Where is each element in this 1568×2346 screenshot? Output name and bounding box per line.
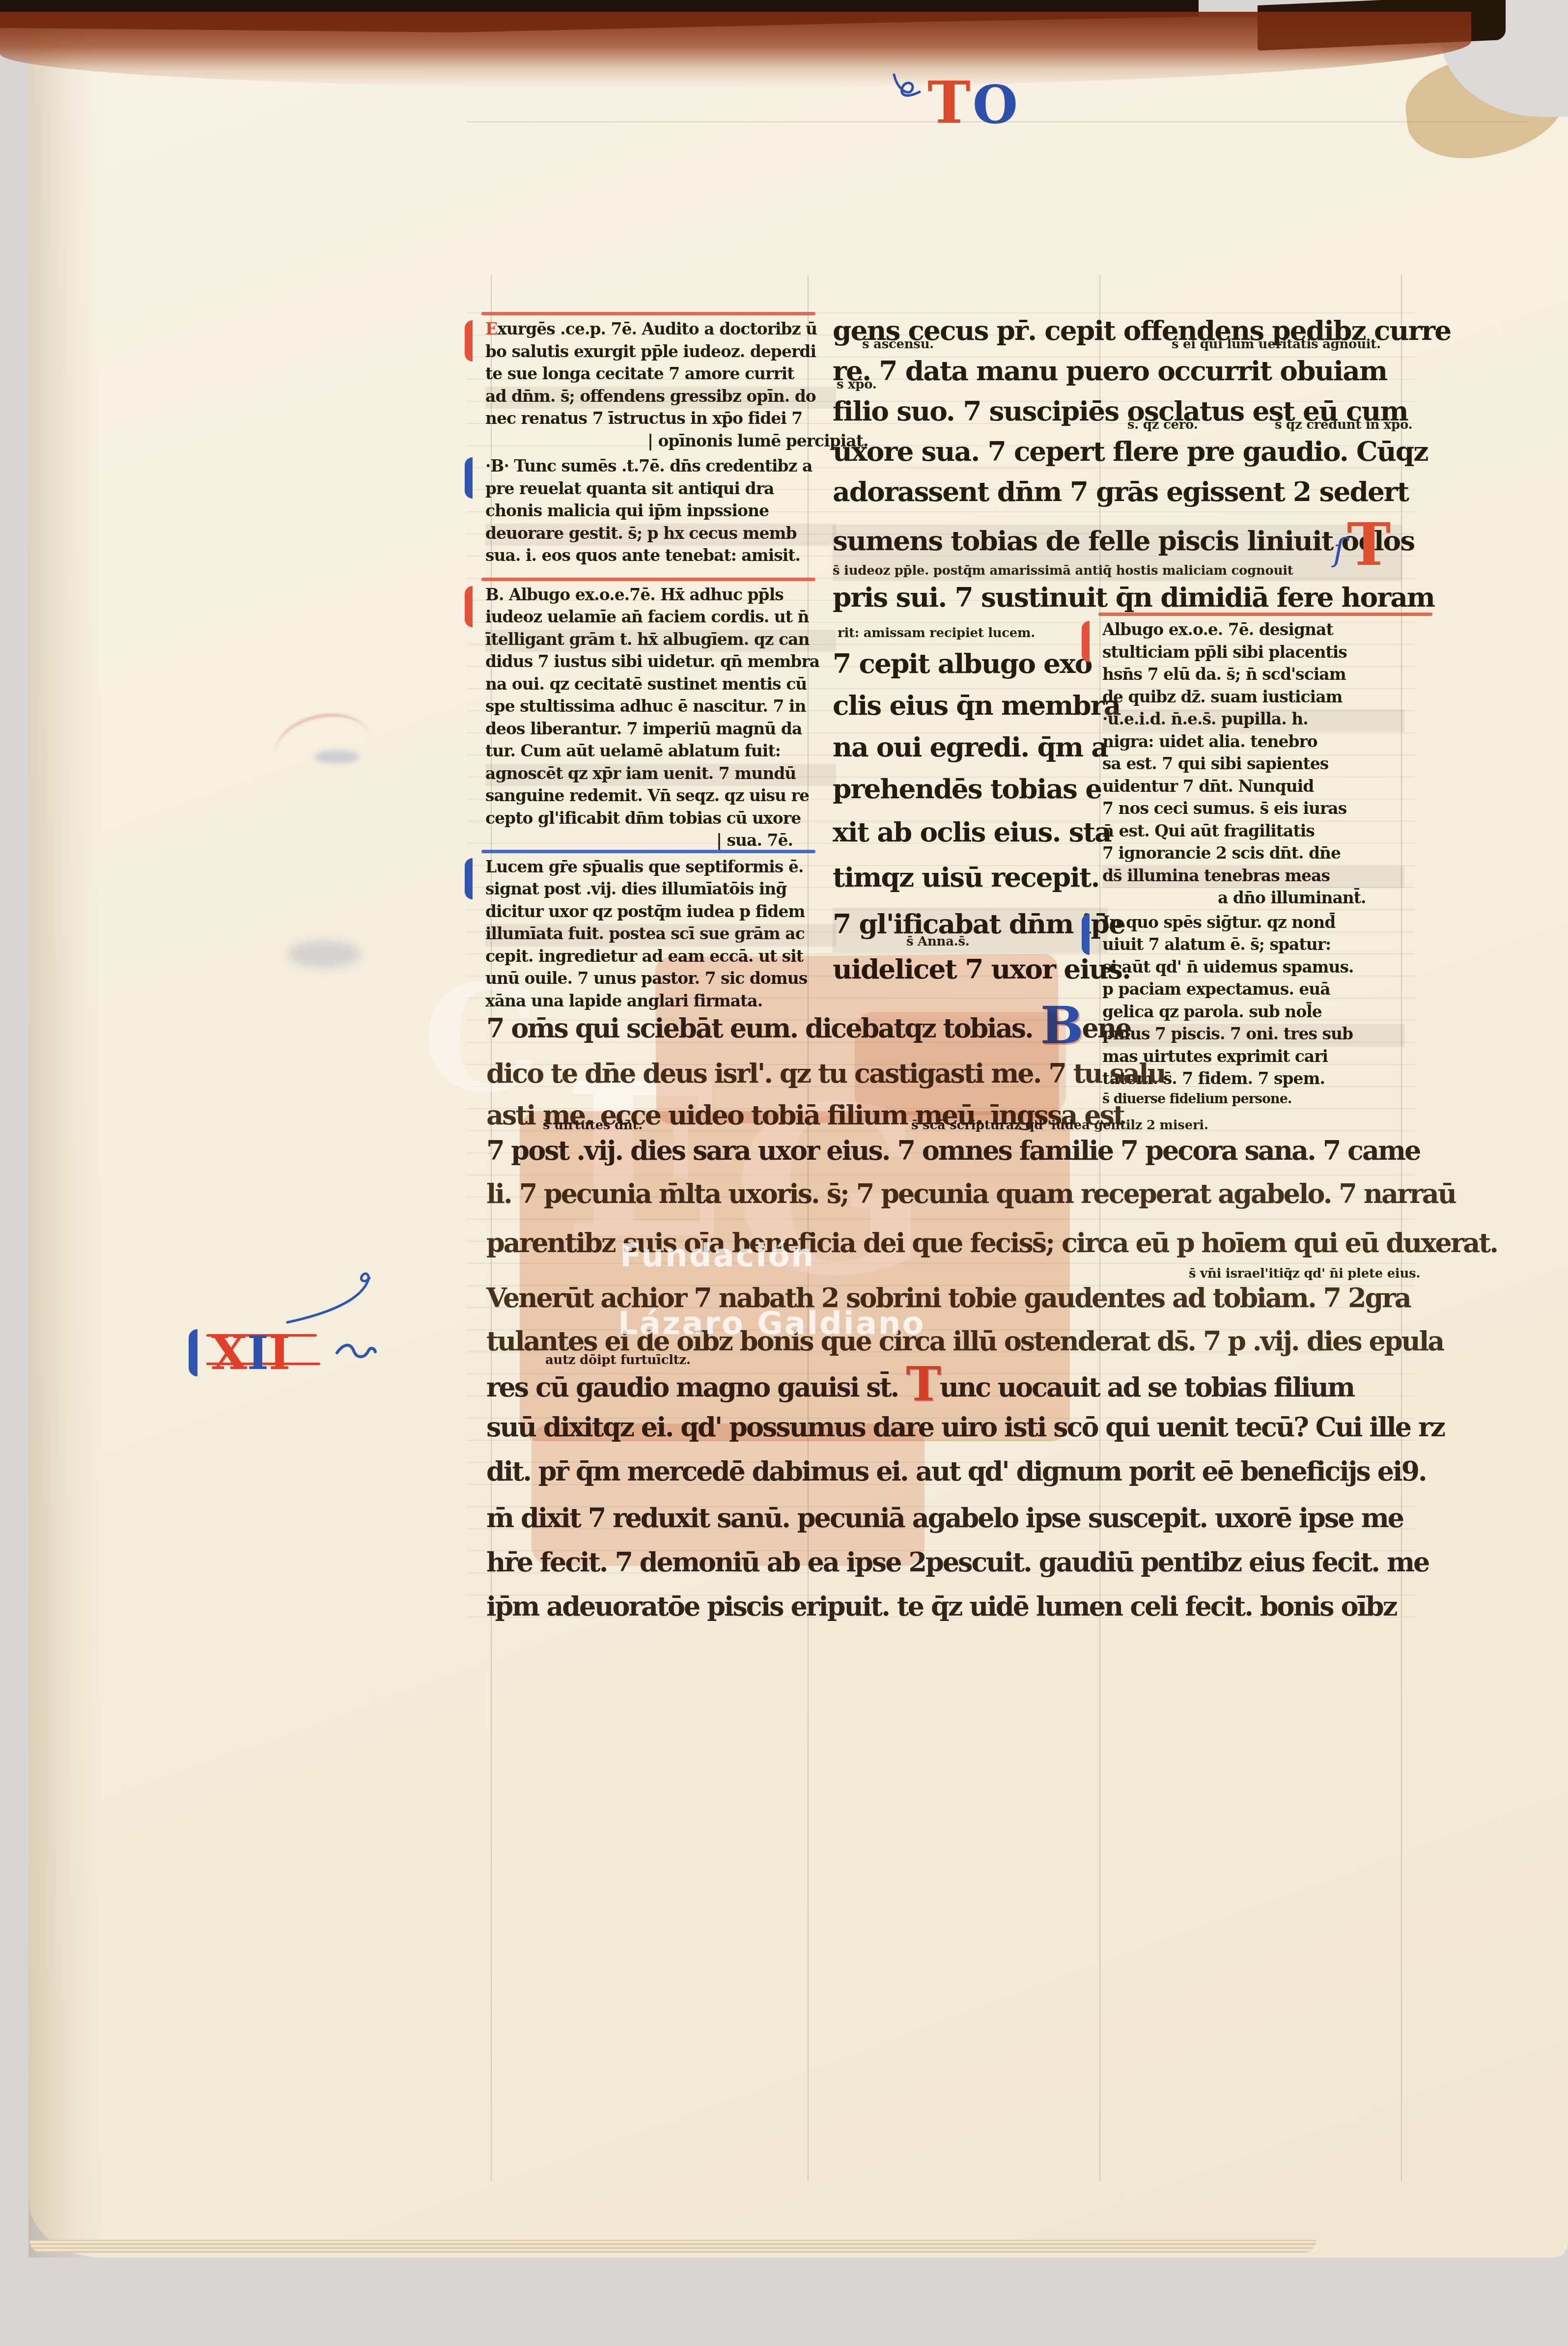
left-gloss-column: Exurgēs .ce.p. 7ē. Audito a doctoribz ūb…	[485, 319, 836, 1013]
interlinear-gloss: s̄ xp̄o.	[837, 377, 877, 392]
margin-showthrough-blue	[314, 751, 360, 763]
paraph-mark	[189, 1329, 206, 1376]
gloss-line: iudeoz uelamīe an̄ faciem cordis. ut n̄	[485, 607, 836, 630]
header-flourish-icon	[890, 65, 924, 116]
gloss-line: sanguine redemit. Vn̄ seqz. qz uisu re	[485, 786, 836, 809]
gloss-line: ·B· Tunc sumēs .t.7ē. dn̄s credentibz a	[485, 456, 836, 479]
paragraph-bracket	[1082, 621, 1097, 662]
running-title-t: T	[927, 68, 971, 137]
paragraph-bracket	[465, 586, 480, 627]
gloss-line: didus 7 iustus sibi uidetur. qn̄ membra	[485, 652, 836, 674]
gloss-line: In quo spēs siḡtur. qz nond̄	[1102, 913, 1404, 935]
bible-text-line: prehendēs tobias e	[833, 773, 1108, 816]
gloss-line: cepto gl'ificabit dn̄m tobias cū uxore	[485, 809, 836, 831]
numeral-x: X	[211, 1326, 247, 1380]
bible-text-line: 7 gl'ificabat dn̄m ip̄e	[833, 908, 1108, 953]
numeral-i: I	[247, 1326, 269, 1380]
watermark-line2: Lázaro Galdiano	[618, 1306, 925, 1342]
gloss-line: deos liberantur. 7 imperiū magnū da	[485, 719, 836, 742]
bible-text-line: clis eius q̄n membra	[833, 689, 1108, 731]
main-text-narrow: rit: amissam recipiet lucem.7 cepit albu…	[833, 647, 1108, 995]
interlinear-gloss: s̄. qz cero.	[1127, 418, 1198, 432]
gloss-line: hsn̄s 7 elū da. s̄; n̄ scd'sciam	[1102, 665, 1404, 687]
bottom-page-edges	[29, 2240, 1316, 2253]
interlinear-gloss: s̄ qz credunt in xp̄o.	[1275, 418, 1412, 432]
gloss-line: ds̄ illumina tenebras meas	[1102, 866, 1404, 889]
paragraph-bracket	[465, 858, 480, 899]
gloss-line: Lucem gr̄e sp̄ualis que septiformis ē.	[485, 857, 836, 880]
gloss-line: sa est. 7 qui sibi sapientes	[1102, 754, 1404, 777]
pink-stain	[532, 1424, 924, 1566]
bible-text-line: timqz uisū recepit.	[833, 861, 1108, 908]
bible-text-line: xit ab oclis eius. sta	[833, 816, 1108, 861]
gloss-line: pre reuelat quanta sit antiqui dra	[485, 479, 836, 502]
pink-stain	[520, 1111, 1070, 1441]
gloss-line: chonis malicia qui ip̄m inpssione	[485, 501, 836, 524]
paragraph-topline	[481, 578, 815, 581]
paragraph-bracket	[1082, 914, 1097, 955]
gloss-line: 7 nos ceci sumus. s̄ eis iuras	[1102, 799, 1404, 821]
manuscript-photo: C E G TO XII T ſ Exurgēs .ce.p. 7ē. Audi…	[0, 0, 1568, 2346]
bible-text-line: adorassent dn̄m 7 grās egissent 2 sedert	[833, 475, 1402, 525]
gloss-line: 7 ignorancie 2 scis dn̄t. dn̄e	[1102, 843, 1404, 866]
gloss-line: | opīnonis lumē percipiat.	[485, 431, 836, 454]
bible-text-line: na oui egredi. q̄m a	[833, 731, 1108, 773]
gloss-line: bo salutis exurgit pp̄le iudeoz. deperdi	[485, 342, 836, 364]
interlinear-gloss: s̄ ascensu.	[862, 337, 934, 352]
paragraph-topline	[481, 850, 815, 853]
pink-stain	[855, 1012, 1066, 1115]
gloss-line: illumīata fuit. postea scī sue grām ac	[485, 924, 836, 947]
gloss-line: na oui. qz cecitatē sustinet mentis cū	[485, 674, 836, 697]
gloss-line: signat post .vij. dies illumīatōis inḡ	[485, 879, 836, 902]
gloss-line: tur. Cum aūt uelamē ablatum fuit:	[485, 741, 836, 764]
paragraph-topline	[481, 312, 815, 315]
gloss-line: de quibz dz̄. suam iusticiam	[1102, 687, 1404, 710]
running-title-o: O	[973, 74, 1018, 135]
gloss-line: B. Albugo ex.o.e.7ē. Hx̄ adhuc pp̄ls	[485, 585, 836, 608]
paragraph-bracket	[465, 457, 480, 499]
gloss-line: stulticiam pp̄li sibi placentis	[1102, 642, 1404, 665]
gloss-line: spe stultissima adhuc ē nascitur. 7 in	[485, 697, 836, 719]
gloss-line: a dn̄o illuminant̄.	[1102, 888, 1404, 911]
interlinear-gloss: s̄ Anna.s̄.	[906, 934, 970, 949]
gloss-line: uidentur 7 dn̄t. Nunquid	[1102, 777, 1404, 799]
numeral-i: I	[269, 1326, 290, 1380]
decorated-initial-t: T ſ	[1347, 510, 1391, 579]
bible-text-line: rit: amissam recipiet lucem.7 cepit albu…	[833, 647, 1108, 689]
interlinear-gloss: s̄ vn̄i israel'itiq̄z qd' n̄i plete eius…	[1189, 1266, 1420, 1281]
main-text-upper: gens cecus pr̄. cepit offendens pedibz c…	[833, 314, 1402, 621]
gutter-shadow	[28, 17, 102, 2258]
gloss-line: agnoscēt qz xp̄r iam uenit. 7 mundū	[485, 764, 836, 786]
paragraph-topline	[1098, 613, 1432, 616]
filigree-flourish: ſ	[1333, 532, 1345, 569]
gloss-line: ad dn̄m. s̄; offendens gressibz opīn. do	[485, 387, 836, 409]
running-title: TO	[890, 65, 1018, 137]
gloss-line: nec renatus 7 īstructus in xp̄o fidei 7	[485, 409, 836, 431]
blue-squiggle-icon	[334, 1338, 378, 1363]
interlinear-gloss: s̄ ei qui lum̄ ueritatis agnouit.	[1172, 337, 1381, 352]
gloss-line: sua. i. eos quos ante tenebat: amisit.	[485, 546, 836, 568]
gloss-line: nigra: uidet alia. tenebro	[1102, 732, 1404, 754]
gloss-line: n̄ est. Qui aūt fragilitatis	[1102, 821, 1404, 844]
watermark-line1: Fundación	[620, 1238, 815, 1274]
paragraph-bracket	[465, 320, 480, 362]
margin-showthrough-blue	[287, 941, 361, 968]
gloss-line: Albugo ex.o.e. 7ē. designat	[1102, 620, 1404, 642]
blue-swash-icon	[285, 1267, 383, 1326]
gloss-line: uiuit 7 alatum ē. s̄; spatur:	[1102, 935, 1404, 957]
bible-text-line: ip̄m adeuoratōe piscis eripuit. te q̄z u…	[486, 1591, 1412, 1635]
interlinear-gloss: s̄ iudeoz pp̄le. postq̄m amarissimā anti…	[833, 563, 1293, 578]
gloss-line: p paciam expectamus. euā	[1102, 979, 1404, 1002]
bible-text-line: s̄ ascensu.s̄ ei qui lum̄ ueritatis agno…	[833, 355, 1402, 395]
gloss-line: te sue longa cecitate 7 amore currit	[485, 364, 836, 387]
bible-text-line: s̄. qz cero.s̄ qz credunt in xp̄o.uxore …	[833, 435, 1402, 475]
gloss-line: si aūt qd' n̄ uidemus spamus.	[1102, 957, 1404, 980]
gloss-line: ·u.e.i.d. n̄.e.s̄. pupilla. h.	[1102, 709, 1404, 732]
gloss-line: ītelligant grām t. hx̄ albugīem. qz can	[485, 630, 836, 652]
chapter-numeral: XII	[211, 1326, 290, 1380]
gloss-line: Exurgēs .ce.p. 7ē. Audito a doctoribz ū	[485, 319, 836, 342]
gloss-line: deuorare gestit. s̄; p hx cecus memb	[485, 524, 836, 546]
gloss-line: dicitur uxor qz postq̄m iudea p fidem	[485, 902, 836, 924]
interlinear-gloss: rit: amissam recipiet lucem.	[838, 626, 1035, 641]
